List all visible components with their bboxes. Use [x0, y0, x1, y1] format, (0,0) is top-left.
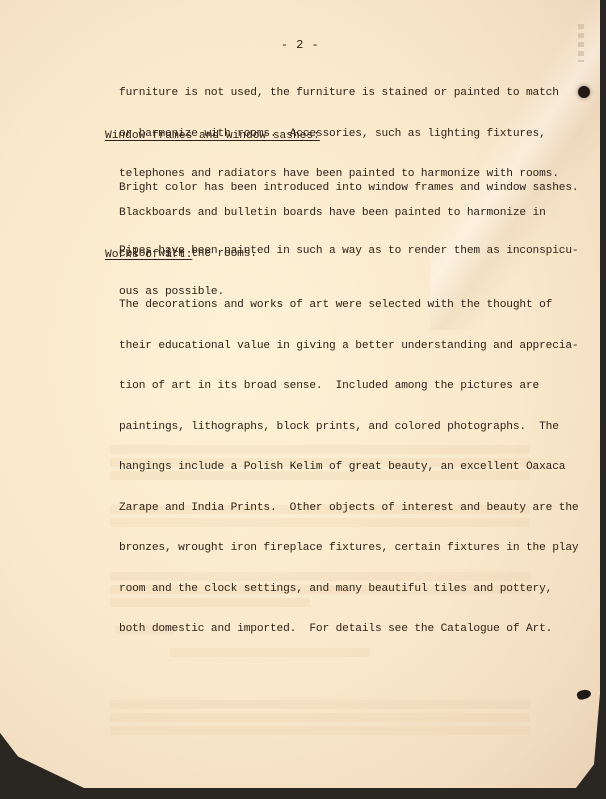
- text-line: both domestic and imported. For details …: [119, 623, 578, 637]
- text-line: their educational value in giving a bett…: [119, 340, 578, 354]
- text-line: furniture is not used, the furniture is …: [119, 87, 559, 101]
- section-heading-window-frames: Window frames and window sashes:: [105, 130, 320, 144]
- bleed-through: [110, 726, 530, 735]
- text-line: hangings include a Polish Kelim of great…: [119, 461, 578, 475]
- bleed-through: [110, 700, 530, 709]
- heading-text: Works of art:: [105, 249, 192, 261]
- text-line: Zarape and India Prints. Other objects o…: [119, 502, 578, 516]
- bleed-through: [110, 713, 530, 722]
- paragraph: The decorations and works of art were se…: [119, 272, 578, 664]
- text-line: paintings, lithographs, block prints, an…: [119, 421, 578, 435]
- section-heading-works-of-art: Works of art:: [105, 249, 192, 263]
- text-line: The decorations and works of art were se…: [119, 299, 578, 313]
- document-page: - 2 - furniture is not used, the furnitu…: [0, 0, 600, 788]
- punch-hole: [578, 86, 590, 98]
- text-line: room and the clock settings, and many be…: [119, 583, 578, 597]
- heading-text: Window frames and window sashes:: [105, 130, 320, 142]
- page-number: - 2 -: [0, 38, 600, 52]
- text-line: bronzes, wrought iron fireplace fixtures…: [119, 542, 578, 556]
- paper-tear: [576, 688, 592, 700]
- text-line: tion of art in its broad sense. Included…: [119, 380, 578, 394]
